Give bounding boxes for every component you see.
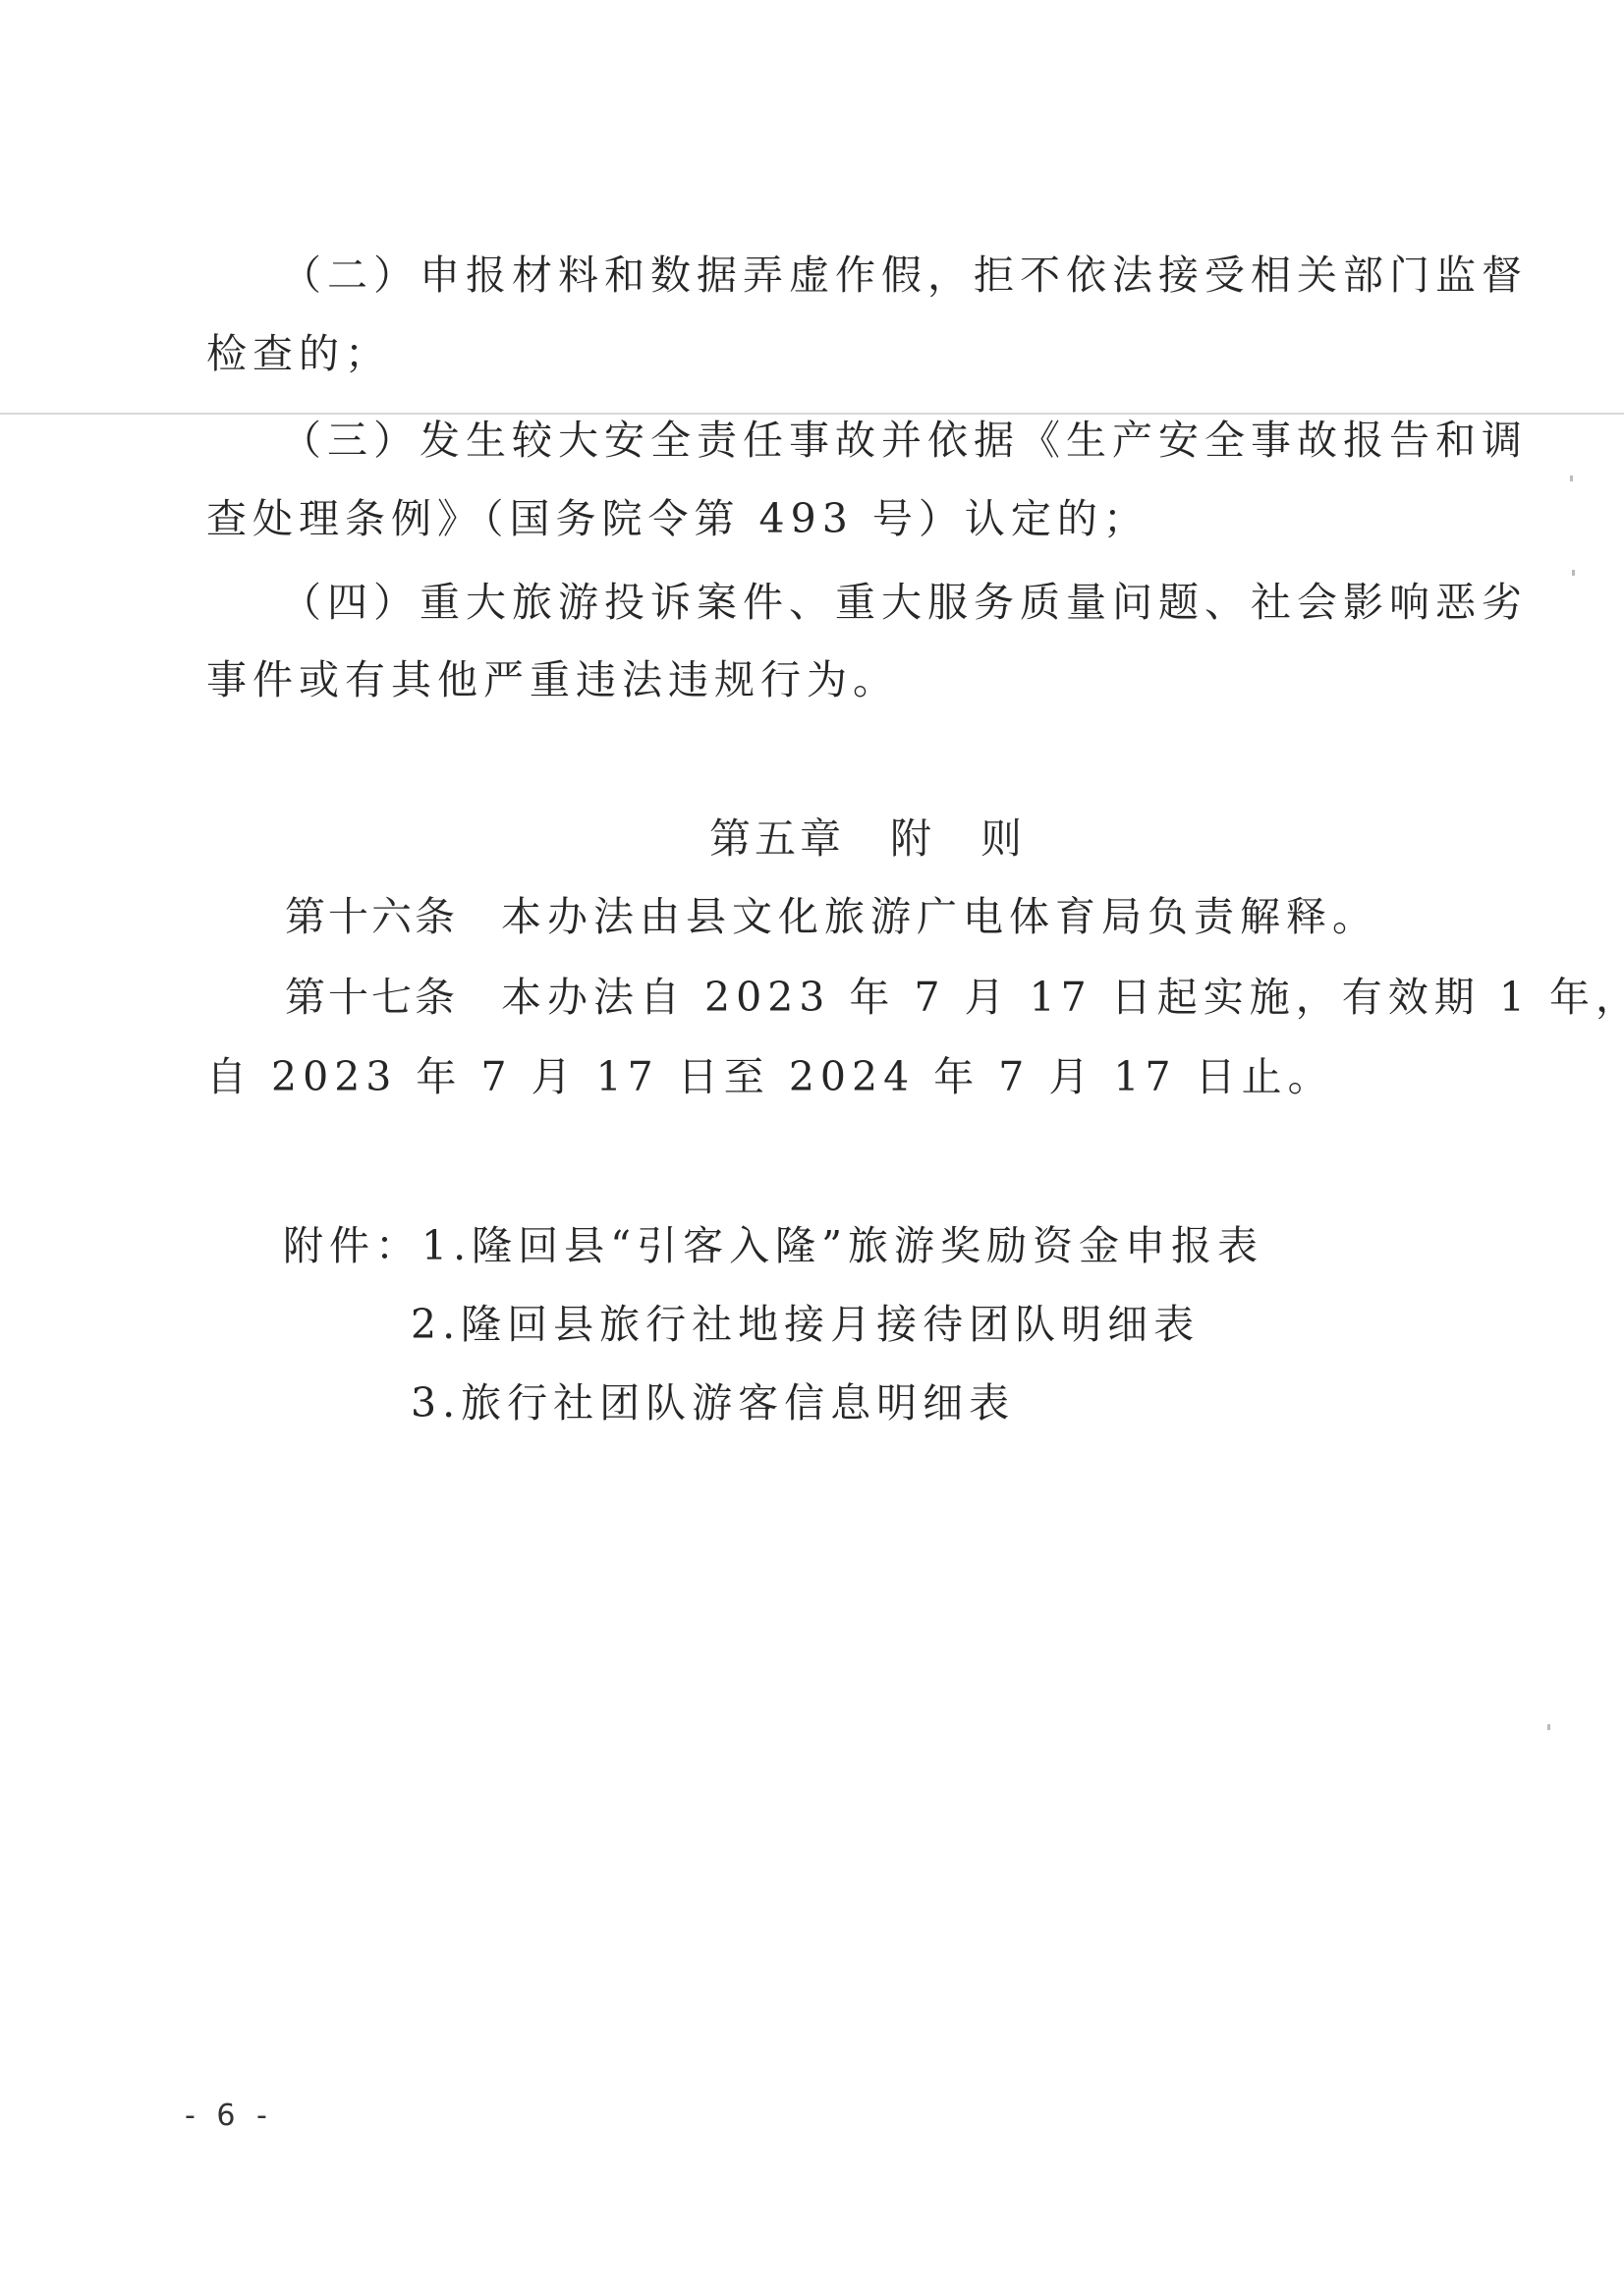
page-number: - 6 -	[185, 2099, 273, 2133]
clause-4-line-1: （四）重大旅游投诉案件、重大服务质量问题、社会影响恶劣	[281, 575, 1528, 630]
scan-speck	[1570, 476, 1573, 481]
clause-2-line-1: （二）申报材料和数据弄虚作假，拒不依法接受相关部门监督	[281, 248, 1528, 303]
scan-speck	[1547, 1724, 1550, 1730]
scan-speck	[1572, 570, 1575, 576]
clause-2-line-2: 检查的；	[206, 326, 391, 381]
chapter-heading: 第五章 附 则	[709, 812, 1026, 867]
attachments-first-line: 附件：1.隆回县“引客入隆”旅游奖励资金申报表	[283, 1218, 1263, 1273]
attachment-item-1: 1.隆回县“引客入隆”旅游奖励资金申报表	[421, 1222, 1263, 1269]
attachments-label: 附件：	[283, 1222, 421, 1269]
clause-3-line-1: （三）发生较大安全责任事故并依据《生产安全事故报告和调	[281, 413, 1528, 468]
article-17-label: 第十七条	[285, 974, 458, 1021]
clause-4-line-2: 事件或有其他严重违法违规行为。	[206, 652, 899, 707]
article-16: 第十六条本办法由县文化旅游广电体育局负责解释。	[285, 889, 1378, 944]
article-17: 第十七条本办法自 2023 年 7 月 17 日起实施，有效期 1 年，	[285, 970, 1624, 1025]
article-17-text-line-2: 自 2023 年 7 月 17 日至 2024 年 7 月 17 日止。	[206, 1049, 1334, 1104]
article-16-label: 第十六条	[285, 893, 458, 940]
clause-3-line-2: 查处理条例》（国务院令第 493 号）认定的；	[206, 491, 1149, 546]
article-16-text: 本办法由县文化旅游广电体育局负责解释。	[501, 893, 1378, 940]
attachment-item-3: 3.旅行社团队游客信息明细表	[411, 1375, 1015, 1430]
article-17-text-line-1: 本办法自 2023 年 7 月 17 日起实施，有效期 1 年，	[501, 974, 1624, 1021]
attachment-item-2: 2.隆回县旅行社地接月接待团队明细表	[411, 1297, 1200, 1352]
